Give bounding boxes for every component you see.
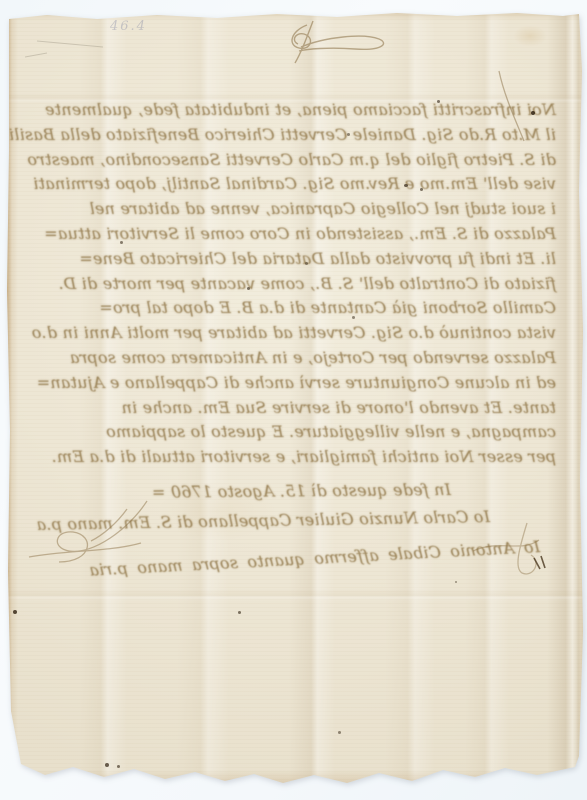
bleed-text-line: per esser Noi antichi famigliari, e serv… (31, 445, 556, 470)
paper-deckle-edge-bottom (7, 770, 584, 792)
bleed-text-line: vista continuò d.o Sig. Cervetti ad abit… (31, 321, 556, 346)
ink-speck (305, 262, 308, 265)
ink-speck (247, 287, 250, 290)
pencil-folio-number: 46.4 (110, 19, 147, 34)
bleed-text-line: ed in alcune Congiunture servì anche di … (31, 371, 556, 396)
bleed-text-line: Camillo Sorboni già Cantante di d.a B. E… (31, 296, 556, 321)
ink-speck (120, 241, 123, 244)
bleed-text-signature: Io Carlo Nunzio Giulier Cappellano di S.… (31, 505, 490, 538)
bleed-text-line: di S. Pietro figlio del q.m Carlo Cervet… (31, 148, 556, 173)
bleed-text-line: Palazzo di S. Em., assistendo in Coro co… (31, 222, 556, 247)
paper-edge-right (576, 11, 584, 792)
paper-edge-top (7, 11, 584, 21)
ink-speck (238, 611, 241, 614)
ink-speck (531, 111, 535, 115)
ink-speck (437, 100, 440, 103)
bleed-text-line: il M.to R.do Sig. Daniele Cervetti Chier… (31, 123, 556, 148)
scanner-background: 46.4 (0, 0, 587, 800)
bleed-text-line: Noi infrascritti facciamo piena, et indu… (31, 98, 556, 123)
bleed-text-line: vise dell' Em.mo e Rev.mo Sig. Cardinal … (31, 172, 556, 197)
bleed-text-line: Palazzo servendo per Cortejo, e in Antic… (31, 346, 556, 371)
ink-speck (338, 731, 341, 734)
bleed-text-line: li. Et indi fu provvisto dalla Dataria d… (31, 247, 556, 272)
bleed-text-date-line: In fede questo dì 15. Agosto 1760 = (31, 478, 451, 506)
horizontal-crease (7, 589, 584, 601)
ink-speck (117, 765, 120, 768)
bleed-text-line: campagna, e nelle villeggiature. E quest… (31, 420, 556, 445)
paper-shadow: 46.4 (0, 0, 587, 800)
bleed-text-signature: Io Antonio Cibale affermo quanto sopra m… (31, 535, 541, 586)
mirrored-bleed-through-text: Noi infrascritti facciamo piena, et indu… (31, 98, 556, 559)
bleed-text-line: tante. Et avendo l'onore di servire Sua … (31, 396, 556, 421)
document-page: 46.4 (7, 11, 584, 792)
ink-speck (105, 763, 109, 767)
ink-speck (347, 133, 350, 136)
ink-speck (420, 188, 423, 191)
pencil-stroke (25, 41, 103, 57)
ink-speck (404, 184, 408, 187)
paper-stain (513, 25, 547, 47)
ink-speck (455, 581, 457, 583)
ink-speck (13, 610, 17, 614)
top-paraph-flourish (292, 21, 383, 63)
bleed-text-line: i suoi studj nel Collegio Capranica, ven… (31, 197, 556, 222)
ink-speck (352, 316, 355, 319)
bleed-text-line: fiziato di Contralto dell' S. B., come v… (31, 272, 556, 297)
